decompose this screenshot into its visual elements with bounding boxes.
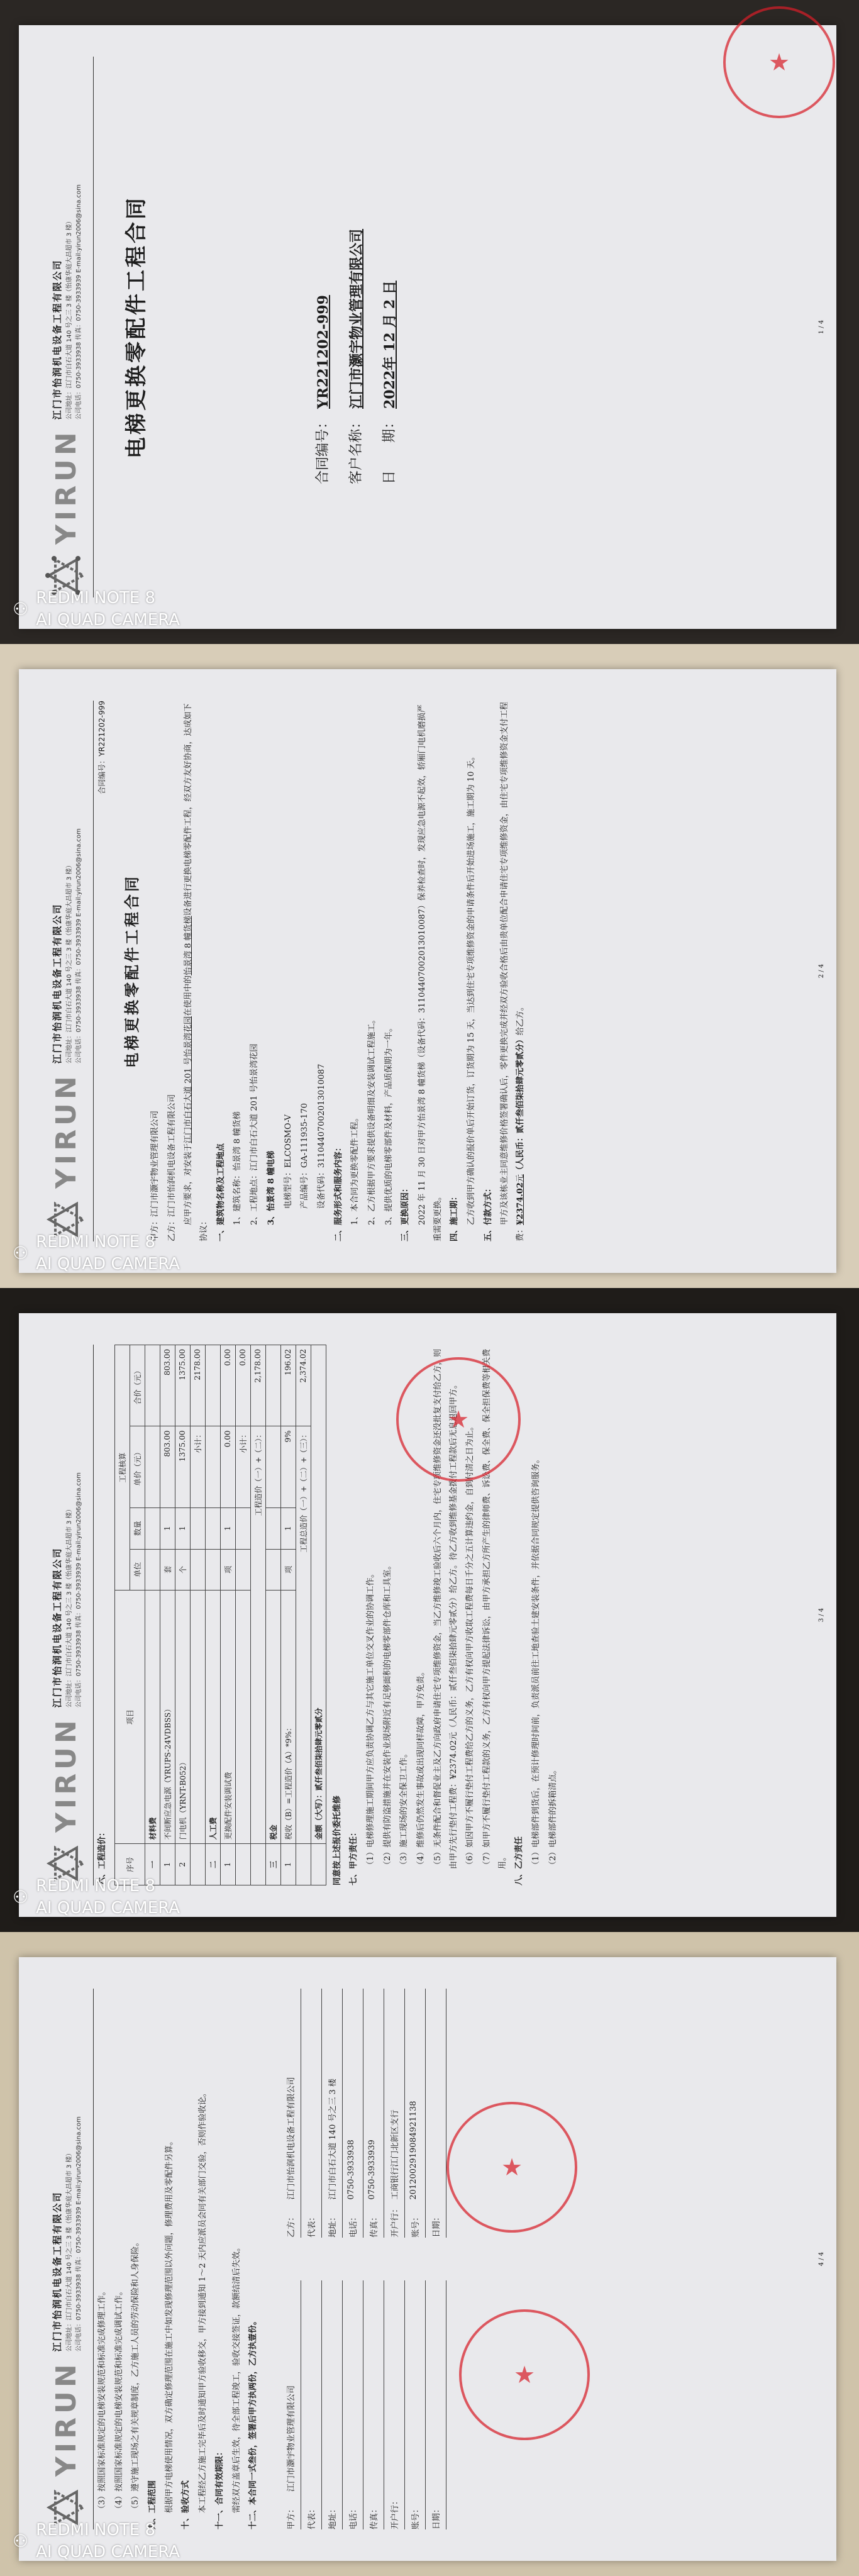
signature-field: 电话： xyxy=(343,2280,363,2529)
photo-page-2: YIRUN 江门市怡润机电设备工程有限公司 公司地址：江门市白石大道 140 号… xyxy=(0,644,859,1288)
client-name: 江门市灏宇物业管理有限公司 xyxy=(340,229,374,409)
s2-item: 1、本合同为更换零配件工程。 xyxy=(348,701,363,1241)
letterhead: YIRUN 江门市怡润机电设备工程有限公司 公司地址：江门市白石大道 140 号… xyxy=(44,57,94,597)
s11-text: 需经双方盖章后生效，待全部工程竣工，验收交接签证，款额结清后失效。 xyxy=(230,1989,245,2529)
signature-field: 开户行： xyxy=(384,2280,405,2529)
photo-page-4: YIRUN 江门市怡润机电设备工程有限公司 公司地址：江门市白石大道 140 号… xyxy=(0,1932,859,2576)
watermark-model: REDMI NOTE 8 xyxy=(36,2519,180,2541)
s2-item: 2、乙方根据甲方要求提供设备明细及安装调试工程施工。 xyxy=(365,701,380,1241)
signature-field: 日期： xyxy=(426,1989,446,2238)
s10-text: 本工程经乙方施工完毕后及时通知甲方验收移交，甲方接到通知 1～2 天内应派员会同… xyxy=(196,1989,211,2529)
company-contact: 公司电话：0750-3933938 传真：0750-3933939 E-mail… xyxy=(73,184,82,419)
table-row: 小计：2178.00 xyxy=(190,1345,205,1885)
watermark-camera: AI QUAD CAMERA xyxy=(36,609,180,631)
photo-page-1: YIRUN 江门市怡润机电设备工程有限公司 公司地址：江门市白石大道 140 号… xyxy=(0,0,859,644)
s8-item: （4）按照国家标准规定的电梯安装规范和标准完成调试工作。 xyxy=(112,1989,128,2529)
section-6-heading: 六、工程造价： xyxy=(95,1345,111,1885)
signature-field: 地址： xyxy=(322,2280,343,2529)
company-contact: 公司电话：0750-3933938 传真：0750-3933939 E-mail… xyxy=(73,1472,82,1707)
section-5-heading: 五、付款方式： xyxy=(481,701,497,1241)
company-name: 江门市怡润机电设备工程有限公司 xyxy=(50,828,64,1063)
section-11-heading: 十一、合同有效期限： xyxy=(213,1989,228,2529)
agree-line: 同意按上述报价委托维修 xyxy=(330,1345,346,1885)
table-row: 金额（大写）：贰仟叁佰柒拾肆元零贰分 xyxy=(311,1345,326,1885)
table-row: 小计：0.00 xyxy=(235,1345,250,1885)
camera-lens-dots-icon: ⚇ xyxy=(13,1245,28,1262)
signature-field: 账号： xyxy=(405,2280,426,2529)
s7-item: （5）无条件配合和督促业主及乙方向政府申请住宅专项维修资金，当乙方维修竣工验收后… xyxy=(431,1345,462,1885)
contract-sheet-signatures: YIRUN 江门市怡润机电设备工程有限公司 公司地址：江门市白石大道 140 号… xyxy=(19,1957,836,2561)
s7-item: （1）电梯修理施工期间甲方应负责协调乙方与其它施工单位交叉作业的协调工作。 xyxy=(363,1345,379,1885)
company-contact: 公司电话：0750-3933938 传真：0750-3933939 E-mail… xyxy=(73,2116,82,2351)
page-number: 1 / 4 xyxy=(818,25,825,629)
intro-paragraph: 应甲方要求，对安装于江门市白石大道 201 号怡景湾花园在使用中的怡景湾 8 幢… xyxy=(181,701,212,1241)
s8-item: （1）电梯部件到货后，在预计修理时间前，负责派员前往工地查验土建安装条件，并依据… xyxy=(529,1345,545,1885)
s1-item: 3、怡景湾 8 幢电梯 xyxy=(264,701,280,1241)
s5-text: 甲方及该栋业主同意维修价格签署确认后，零件更换完成并经双方验收合格后由贵单位配合… xyxy=(497,701,528,1241)
company-name: 江门市怡润机电设备工程有限公司 xyxy=(50,184,64,419)
company-address: 公司地址：江门市白石大道 140 号之三 3 楼（怡康华庭大昌超市 3 楼） xyxy=(64,184,73,419)
company-address: 公司地址：江门市白石大道 140 号之三 3 楼（怡康华庭大昌超市 3 楼） xyxy=(64,1472,73,1707)
company-name: 江门市怡润机电设备工程有限公司 xyxy=(50,2116,64,2351)
table-row: 1税收（B）=工程造价（A）*9%：项19%196.02 xyxy=(280,1345,296,1885)
s8-item: （2）电梯部件的拆箱清点。 xyxy=(546,1345,562,1885)
section-9-heading: 九、工程范围 xyxy=(145,1989,161,2529)
device-code: 设备代码：31104407002013010087 xyxy=(314,701,330,1241)
page-number: 3 / 4 xyxy=(818,1313,825,1917)
watermark-camera: AI QUAD CAMERA xyxy=(36,1253,180,1275)
brand-name: YIRUN xyxy=(50,1716,82,1833)
contract-title: 电梯更换零配件工程合同 xyxy=(119,701,141,1241)
contract-no-label: 合同编号： xyxy=(307,415,340,484)
signature-field: 账号：2012002919084921138 xyxy=(405,1989,426,2238)
s9-text: 根据甲方电梯使用情况，双方确定修理范围在施工中如发现修理范围以外问题，修理费用及… xyxy=(162,1989,178,2529)
letterhead: YIRUN 江门市怡润机电设备工程有限公司 公司地址：江门市白石大道 140 号… xyxy=(44,1989,94,2529)
s1-item: 2、工程地点：江门市白石大道 201 号怡景湾花园 xyxy=(247,701,263,1241)
party-a-signature: 甲方：江门市灏宇物业管理有限公司代表：地址：电话：传真：开户行：账号：日期： xyxy=(280,2280,446,2529)
brand-name: YIRUN xyxy=(50,428,82,545)
camera-lens-dots-icon: ⚇ xyxy=(13,2533,28,2550)
brand-name: YIRUN xyxy=(50,1072,82,1189)
section-10-heading: 十、验收方式 xyxy=(179,1989,194,2529)
client-label: 客户名称： xyxy=(340,415,374,484)
contract-title: 电梯更换零配件工程合同 xyxy=(119,57,150,597)
table-row: 三税金 xyxy=(265,1345,280,1885)
company-address: 公司地址：江门市白石大道 140 号之三 3 楼（怡康华庭大昌超市 3 楼） xyxy=(64,2116,73,2351)
camera-lens-dots-icon: ⚇ xyxy=(13,1889,28,1906)
company-name: 江门市怡润机电设备工程有限公司 xyxy=(50,1472,64,1707)
signature-field: 开户行：工商银行江门北新区支行 xyxy=(384,1989,405,2238)
signature-field: 地址：江门市白石大道 140 号之三 3 楼 xyxy=(322,1989,343,2238)
s4-text: 乙方收到甲方确认的报价单后开始订货，订货期为 15 天，当达到住宅专项维修资金的… xyxy=(464,701,480,1241)
s3-text: 2022 年 11 月 30 日对甲方怡景湾 8 幢货梯（设备代码：311044… xyxy=(415,701,446,1241)
s1-item: 1、建筑名称：怡景湾 8 幢货梯 xyxy=(230,701,246,1241)
contract-sheet-cover: YIRUN 江门市怡润机电设备工程有限公司 公司地址：江门市白石大道 140 号… xyxy=(19,25,836,629)
camera-watermark: ⚇ REDMI NOTE 8AI QUAD CAMERA xyxy=(13,1231,180,1275)
s8-item: （5）遵守施工现场之有关规章制度，乙方施工人员的劳动保险和人身保险。 xyxy=(128,1989,144,2529)
signature-field: 传真： xyxy=(363,2280,384,2529)
table-row: 工程造价（一）+（二）：2,178.00 xyxy=(250,1345,265,1885)
s8-item: （3）按照国家标准规定的电梯安装规范和标准完成修理工作。 xyxy=(95,1989,111,2529)
watermark-camera: AI QUAD CAMERA xyxy=(36,1897,180,1919)
signature-block: 甲方：江门市灏宇物业管理有限公司代表：地址：电话：传真：开户行：账号：日期： 乙… xyxy=(280,1989,446,2529)
party-b: 乙方：江门市怡润机电设备工程有限公司 xyxy=(165,701,180,1241)
company-address: 公司地址：江门市白石大道 140 号之三 3 楼（怡康华庭大昌超市 3 楼） xyxy=(64,828,73,1063)
page-number: 2 / 4 xyxy=(818,669,825,1273)
section-7-heading: 七、甲方责任： xyxy=(346,1345,362,1885)
s2-item: 3、提供优质的电梯零部件及材料，产品质保期为一年。 xyxy=(382,701,397,1241)
letterhead: YIRUN 江门市怡润机电设备工程有限公司 公司地址：江门市白石大道 140 号… xyxy=(44,701,94,1241)
s7-item: （6）如因甲方不履行垫付工程费给乙方的义务，乙方有权向甲方收取工程费每日千分之五… xyxy=(463,1345,479,1885)
company-contact: 公司电话：0750-3933938 传真：0750-3933939 E-mail… xyxy=(73,828,82,1063)
s7-item: （4）维修后仍然发生事故或出现同样故障，甲方免责。 xyxy=(414,1345,429,1885)
camera-lens-dots-icon: ⚇ xyxy=(13,601,28,618)
section-3-heading: 三、更换原因： xyxy=(398,701,414,1241)
contract-sheet-cost: YIRUN 江门市怡润机电设备工程有限公司 公司地址：江门市白石大道 140 号… xyxy=(19,1313,836,1917)
page-number: 4 / 4 xyxy=(818,1957,825,2561)
signature-field: 日期： xyxy=(426,2280,446,2529)
s7-item: （7）如甲方不履行垫付工程款的义务，乙方有权向甲方提起法律诉讼，由甲方承担乙方所… xyxy=(480,1345,511,1885)
watermark-camera: AI QUAD CAMERA xyxy=(36,2541,180,2563)
camera-watermark: ⚇ REDMI NOTE 8AI QUAD CAMERA xyxy=(13,2519,180,2563)
signature-field: 电话：0750-3933938 xyxy=(343,1989,363,2238)
s7-item: （3）施工现场的安全保卫工作。 xyxy=(397,1345,413,1885)
table-row: 1更换配件安装调试费项10.000.00 xyxy=(220,1345,235,1885)
party-a: 甲方：江门市灏宇物业管理有限公司 xyxy=(148,701,163,1241)
watermark-model: REDMI NOTE 8 xyxy=(36,1875,180,1897)
section-2-heading: 二、服务形式和服务内容： xyxy=(331,701,347,1241)
contract-no-line: 合同编号：YR221202-999 xyxy=(96,701,107,1241)
signature-field: 代表： xyxy=(301,2280,322,2529)
contract-no: YR221202-999 xyxy=(307,295,340,409)
table-row: 1不间断应急电源（YRUPS-24VDBSS）套1803.00803.00 xyxy=(160,1345,175,1885)
cost-table: 序号项目工程核算 单位数量单价（元）合价（元） 一材料费1不间断应急电源（YRU… xyxy=(114,1345,326,1885)
section-1-heading: 一、建筑物名称及工程地点 xyxy=(214,701,230,1241)
section-8-heading: 八、乙方责任 xyxy=(512,1345,528,1885)
camera-watermark: ⚇ REDMI NOTE 8AI QUAD CAMERA xyxy=(13,1875,180,1919)
watermark-model: REDMI NOTE 8 xyxy=(36,1231,180,1253)
signature-field: 传真：0750-3933939 xyxy=(363,1989,384,2238)
date-label: 日 期： xyxy=(374,415,407,484)
camera-watermark: ⚇ REDMI NOTE 8AI QUAD CAMERA xyxy=(13,587,180,631)
section-4-heading: 四、施工期： xyxy=(447,701,463,1241)
table-row: 工程总造价（一）+（二）+（三）：2,374.02 xyxy=(296,1345,311,1885)
contract-date: 2022年 12 月 2 日 xyxy=(374,280,407,409)
party-b-signature: 乙方：江门市怡润机电设备工程有限公司代表：地址：江门市白石大道 140 号之三 … xyxy=(280,1989,446,2238)
elevator-model: 电梯型号：ELCOSMO-V xyxy=(281,701,297,1241)
product-no: 产品编号：GA-111935-170 xyxy=(297,701,313,1241)
table-row: 一材料费 xyxy=(145,1345,160,1885)
table-row: 2门电机（YRNT-B052）个11375.001375.00 xyxy=(175,1345,190,1885)
watermark-model: REDMI NOTE 8 xyxy=(36,587,180,609)
section-12-heading: 十二、本合同一式叁份，签署后甲方执两份，乙方执壹份。 xyxy=(246,1989,262,2529)
brand-name: YIRUN xyxy=(50,2360,82,2477)
photo-page-3: YIRUN 江门市怡润机电设备工程有限公司 公司地址：江门市白石大道 140 号… xyxy=(0,1288,859,1932)
signature-field: 代表： xyxy=(301,1989,322,2238)
table-row: 二人工费 xyxy=(205,1345,220,1885)
s7-item: （2）提供有防盗措施并在安装作业现场附近有足够面积的电梯零部件仓库和工具室。 xyxy=(380,1345,396,1885)
letterhead: YIRUN 江门市怡润机电设备工程有限公司 公司地址：江门市白石大道 140 号… xyxy=(44,1345,94,1885)
contract-sheet-terms: YIRUN 江门市怡润机电设备工程有限公司 公司地址：江门市白石大道 140 号… xyxy=(19,669,836,1273)
